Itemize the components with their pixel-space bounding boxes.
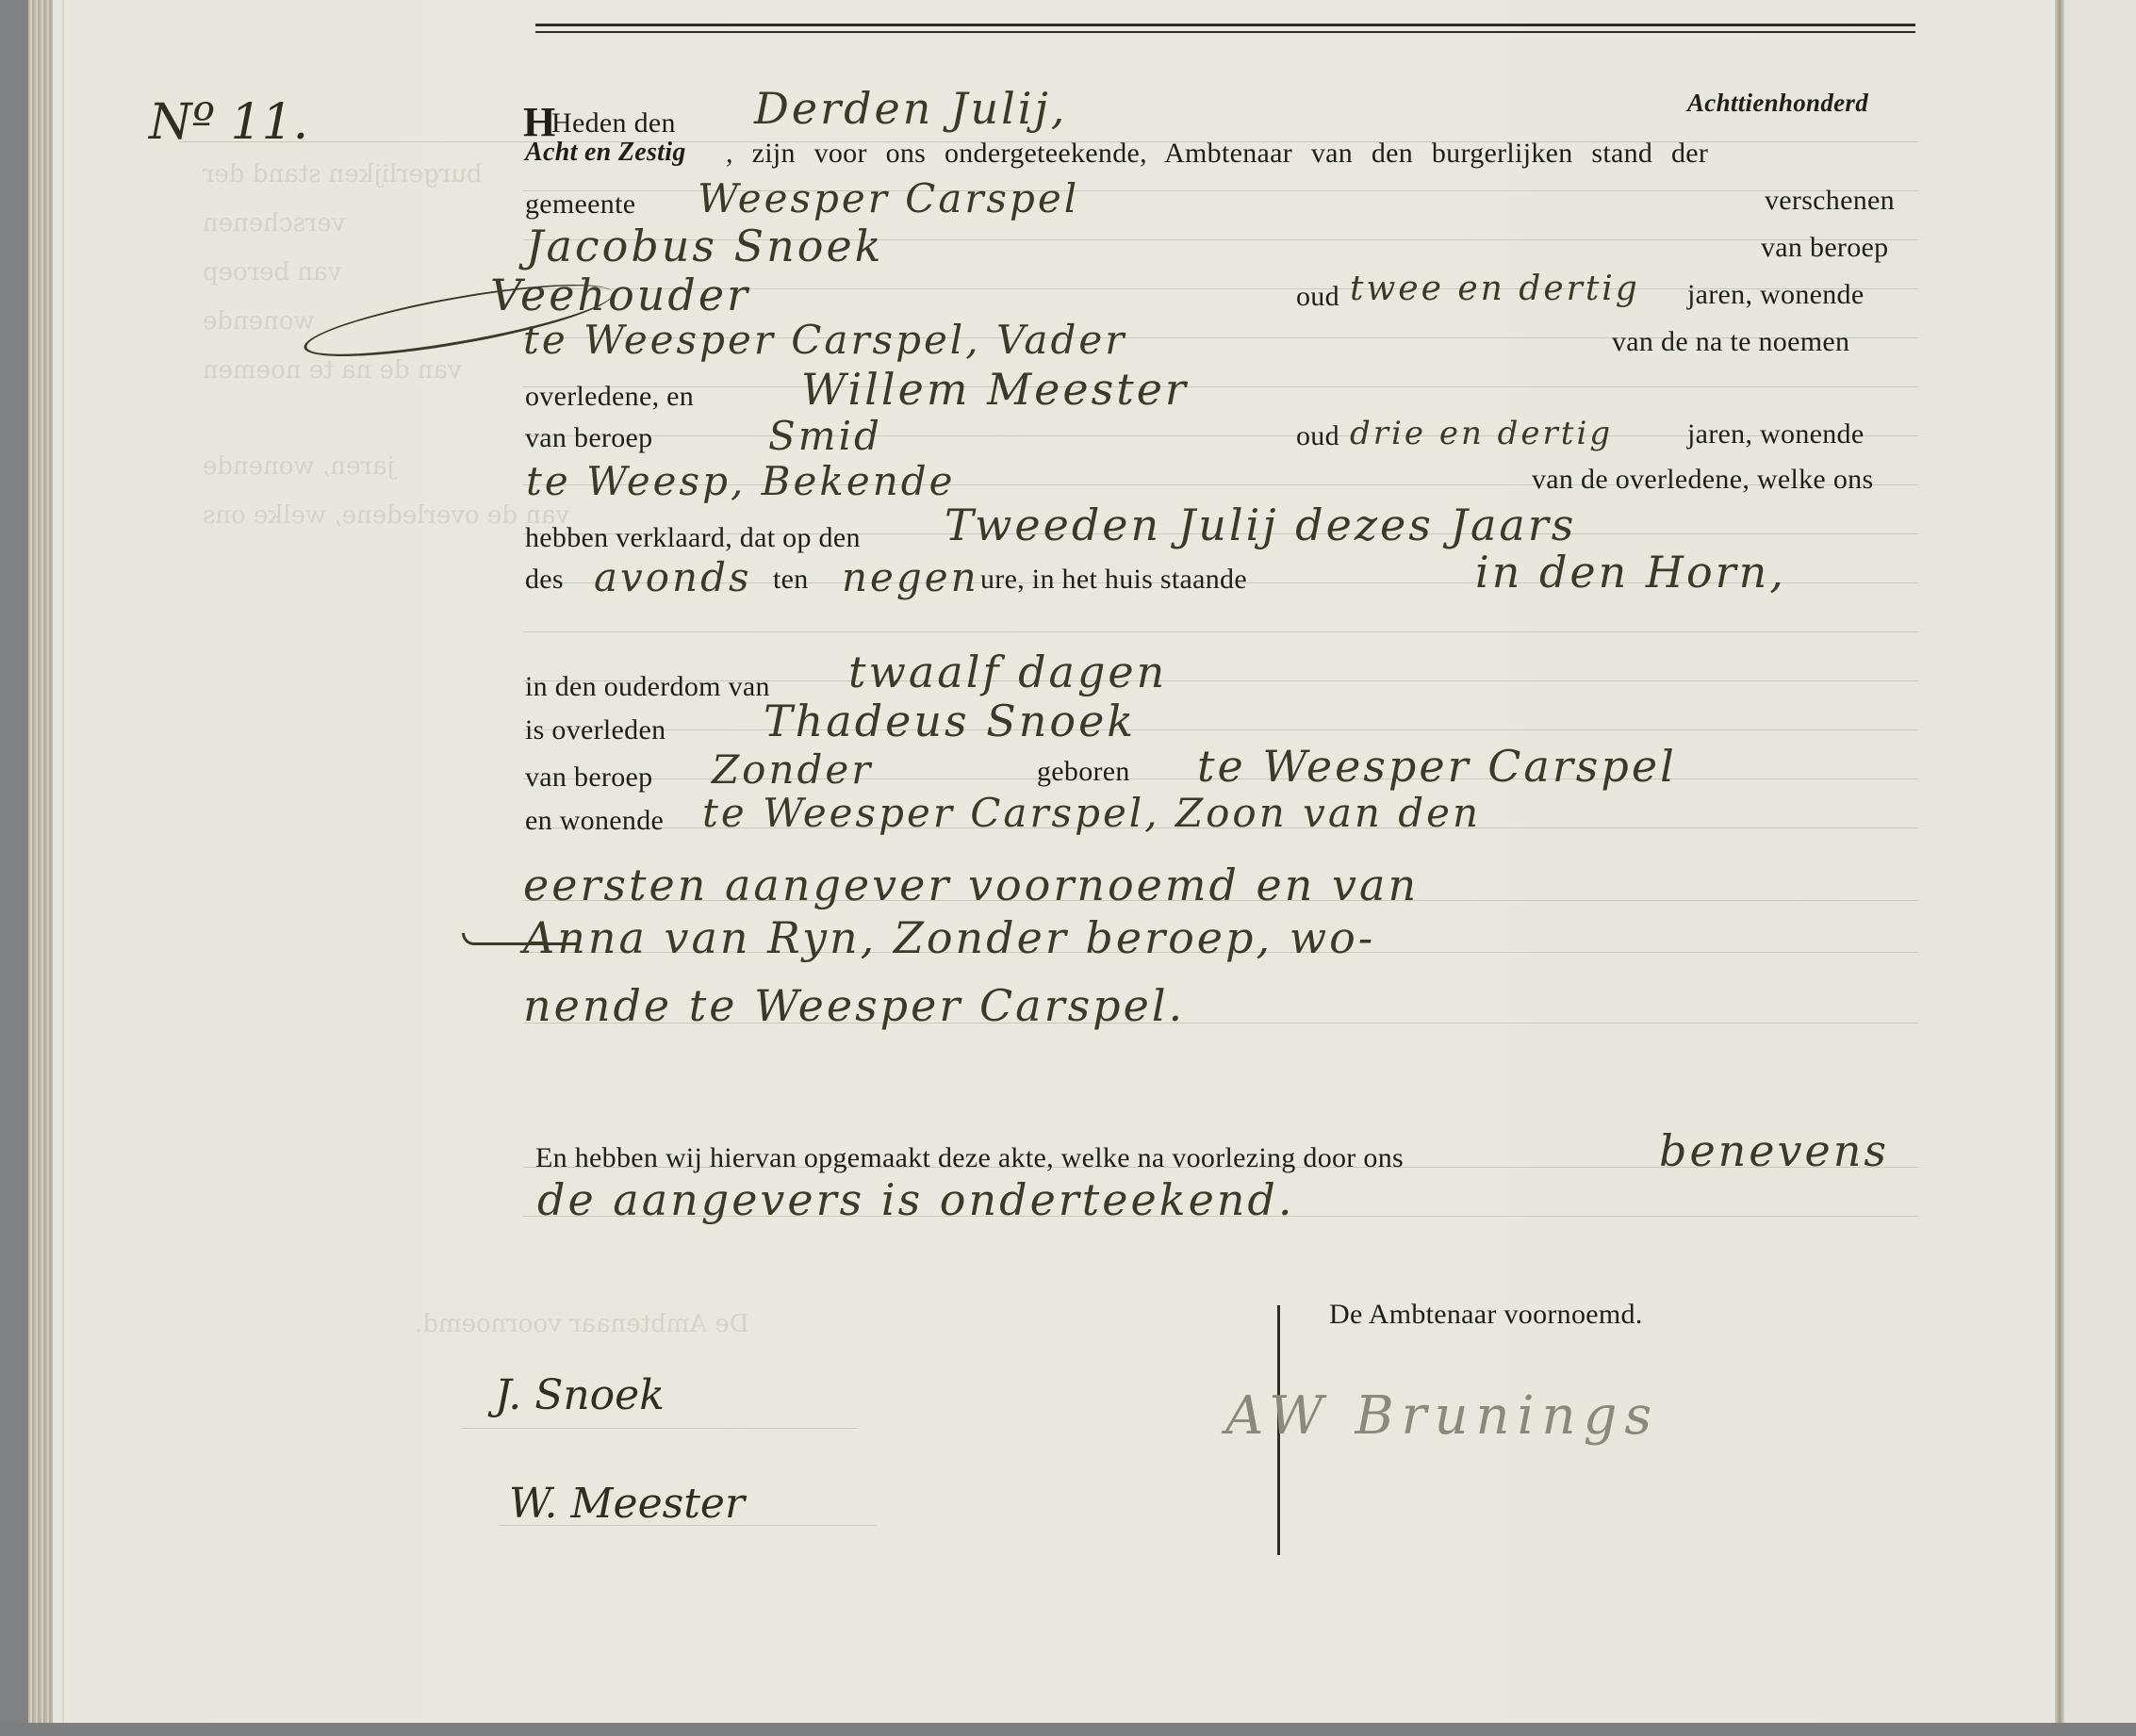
handwritten-age: twaalf dagen (848, 647, 1167, 697)
closing-label: De Ambtenaar voornoemd. (1329, 1299, 1643, 1331)
ghost-text: van de na te noemen (203, 356, 462, 385)
printed-text: van de na te noemen (1612, 326, 1849, 358)
handwritten-deceased-name: Thadeus Snoek (764, 696, 1136, 746)
book-page-edges (28, 0, 53, 1723)
printed-text: ten (773, 564, 809, 596)
printed-text: van beroep (525, 762, 652, 794)
printed-text: oud (1296, 281, 1339, 313)
handwritten-occupation: Zonder (712, 746, 873, 793)
ruled-line (523, 631, 1918, 632)
handwritten-residence: te Weesper Carspel, Zoon van den (702, 790, 1481, 836)
printed-text: Heden den (551, 107, 676, 139)
handwritten-age: drie en dertig (1350, 415, 1613, 452)
printed-text: oud (1296, 420, 1339, 452)
page-inner-edge (62, 0, 64, 1723)
signature-line (462, 1428, 858, 1429)
printed-text: ure, in het huis staande (980, 564, 1247, 596)
book-fold (2055, 0, 2064, 1723)
handwritten-residence: te Weesper Carspel, Vader (523, 317, 1126, 363)
printed-text: hebben verklaard, dat op den (525, 522, 861, 554)
handwritten-date: Derden Julij, (754, 83, 1067, 134)
ghost-text: burgerlijken stand der (203, 160, 483, 188)
printed-text: Acht en Zestig (525, 138, 686, 168)
handwritten-location: in den Horn, (1475, 547, 1786, 598)
facing-page-strip (2064, 0, 2136, 1723)
printed-text: En hebben wij hiervan opgemaakt deze akt… (535, 1142, 1404, 1174)
handwritten-name: Jacobus Snoek (526, 221, 884, 271)
printed-text: overledene, en (525, 381, 694, 413)
signature-declarant-2: W. Meester (509, 1480, 745, 1528)
scan-background-bottom (0, 1723, 2136, 1736)
header-rule (535, 31, 1915, 33)
printed-text: verschenen (1765, 185, 1895, 217)
handwritten-residence: te Weesp, Bekende (526, 458, 956, 504)
printed-text: jaren, wonende (1687, 279, 1864, 311)
handwritten-time: avonds (594, 554, 752, 600)
handwritten-hour: negen (842, 554, 979, 600)
printed-text: gemeente (525, 188, 635, 221)
printed-text: in den ouderdom van (525, 671, 770, 703)
handwritten-text: eersten aangever voornoemd en van (523, 860, 1419, 910)
handwritten-age: twee en dertig (1350, 270, 1640, 308)
printed-text: des (525, 564, 564, 596)
printed-text: van beroep (525, 422, 652, 454)
header-rule (535, 24, 1915, 26)
handwritten-municipality: Weesper Carspel (698, 175, 1079, 221)
ghost-text: van beroep (203, 258, 341, 287)
printed-text: jaren, wonende (1687, 418, 1864, 450)
handwritten-text: de aangevers is onderteekend. (537, 1174, 1295, 1225)
ghost-text: jaren, wonende (203, 452, 394, 481)
flourish-stroke (462, 933, 578, 945)
handwritten-birthplace: te Weesper Carspel (1197, 741, 1677, 792)
handwritten-text: benevens (1659, 1125, 1889, 1176)
ruled-line (523, 386, 1918, 387)
handwritten-mother: Anna van Ryn, Zonder beroep, wo- (523, 912, 1375, 963)
handwritten-occupation: Veehouder (490, 270, 750, 320)
ruled-line (523, 729, 1918, 730)
printed-text: Achttienhonderd (1687, 89, 1868, 118)
handwritten-occupation: Smid (768, 413, 882, 459)
ghost-text: verschenen (203, 209, 345, 237)
handwritten-text: nende te Weesper Carspel. (523, 980, 1185, 1031)
printed-text: en wonende (525, 805, 664, 837)
handwritten-date: Tweeden Julij dezes Jaars (945, 500, 1576, 550)
ghost-text: wonende (203, 307, 315, 336)
printed-text: , zijn voor ons ondergeteekende, Ambtena… (726, 138, 1708, 170)
printed-text: van de overledene, welke ons (1532, 464, 1873, 496)
printed-text: is overleden (525, 714, 665, 746)
ghost-text: De Ambtenaar voornoemd. (415, 1310, 749, 1338)
printed-text: geboren (1037, 756, 1130, 788)
printed-text: van beroep (1761, 232, 1888, 264)
scan-background (0, 0, 28, 1736)
signature-official: AW Brunings (1225, 1385, 1659, 1447)
handwritten-name: Willem Meester (801, 364, 1189, 415)
ghost-text: van de overledene, welke ons (203, 501, 569, 530)
signature-declarant-1: J. Snoek (495, 1371, 665, 1419)
record-number: Nº 11. (149, 94, 308, 151)
